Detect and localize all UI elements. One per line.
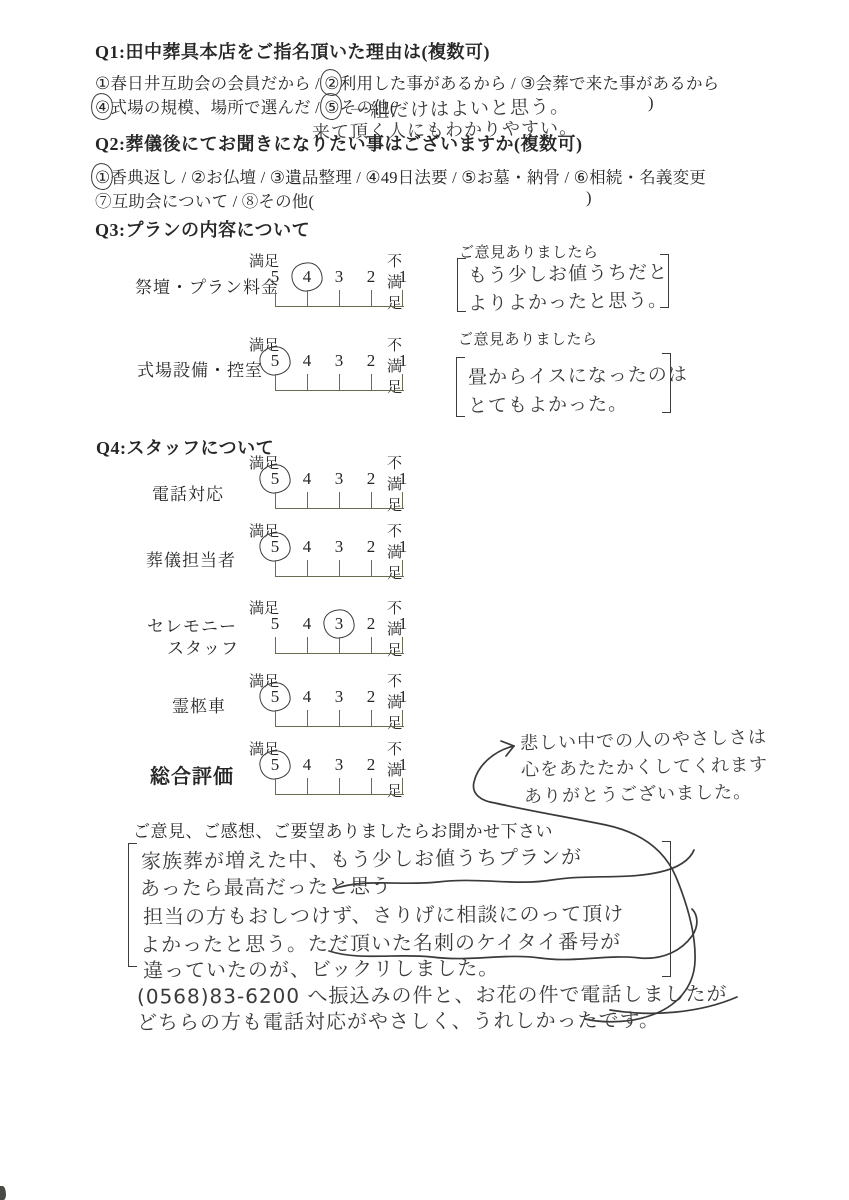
- scale-number-1: 1: [399, 350, 408, 372]
- q3-row2-handwritten-comment-line1: 畳からイスになったのは: [468, 359, 688, 389]
- q1-option-1-number: ①: [95, 74, 110, 94]
- q2-option-4-label: 49日法要 /: [381, 168, 461, 187]
- scale-ruler: [275, 710, 404, 727]
- scale-number-2: 2: [367, 266, 376, 288]
- scale-number-2: 2: [367, 754, 376, 776]
- scale-number-1: 1: [399, 613, 408, 635]
- q3-row-altar-plan-scale: 満足 不満足 5 4 3 2 1: [275, 250, 403, 308]
- q1-option-1: ①春日井互助会の会員だから /: [95, 74, 324, 93]
- q2-option-2-label: お仏壇 /: [206, 168, 270, 187]
- selected-rating-circle: [258, 531, 291, 563]
- q1-option-3: ③会葬で来た事があるから: [520, 74, 719, 93]
- scale-ruler: [275, 778, 404, 795]
- q4-row-director-label: 葬儀担当者: [146, 546, 236, 571]
- q2-options-line1: ①香典返し / ②お仏壇 / ③遺品整理 / ④49日法要 / ⑤お墓・納骨 /…: [95, 164, 706, 188]
- selected-rating-circle: [322, 608, 355, 640]
- q2-heading: Q2:葬儀後にてお聞きになりたい事はございますか(複数可): [95, 130, 582, 156]
- q1-option-5-number: ⑤: [324, 98, 339, 118]
- q3-row1-handwritten-comment-line2: よりよかったと思う。: [468, 285, 668, 315]
- q1-option-3-label: 会葬で来た事があるから: [536, 74, 720, 93]
- feedback-handwritten-line2: あったら最高だったと思う: [140, 870, 392, 902]
- q3-row-altar-plan-label: 祭壇・プラン料金: [135, 273, 279, 298]
- selected-rating-circle: [258, 345, 291, 377]
- scale-number-2: 2: [367, 350, 376, 372]
- q1-option-3-number: ③: [520, 74, 535, 94]
- q3-row2-handwritten-comment-line2: とてもよかった。: [468, 389, 628, 418]
- scan-edge-artifact: [0, 1186, 6, 1200]
- q3-row1-comment-bracket-left: [457, 258, 466, 312]
- selected-rating-circle: [258, 681, 291, 713]
- scale-number-5: 5: [271, 613, 280, 635]
- feedback-heading: ご意見、ご感想、ご要望ありましたらお聞かせ下さい: [133, 817, 553, 842]
- q1-option-4-label: 式場の規模、場所で選んだ /: [110, 98, 324, 117]
- scale-number-4: 4: [303, 350, 312, 372]
- q1-option-4: ④式場の規模、場所で選んだ /: [95, 98, 324, 117]
- q2-option-3: ③遺品整理 /: [270, 168, 366, 187]
- scale-number-2: 2: [367, 613, 376, 635]
- scale-ruler: [275, 637, 404, 654]
- feedback-bracket-left: [128, 843, 137, 967]
- scale-number-2: 2: [367, 536, 376, 558]
- scale-number-1: 1: [399, 468, 408, 490]
- selected-rating-circle: [258, 749, 291, 781]
- q1-option-2-number: ②: [324, 74, 339, 94]
- q4-row-phone-label: 電話対応: [152, 480, 224, 505]
- q4-row-overall-scale: 満足 不満足 5 4 3 2 1: [275, 738, 403, 796]
- q1-heading: Q1:田中葬具本店をご指名頂いた理由は(複数可): [95, 38, 490, 64]
- scale-number-2: 2: [367, 468, 376, 490]
- feedback-handwritten-line7: どちらの方も電話対応がやさしく、うれしかったです。: [137, 1004, 660, 1036]
- q1-option-2: ②利用した事があるから /: [324, 74, 520, 93]
- q1-option-4-number: ④: [95, 98, 110, 118]
- selected-rating-circle: [258, 463, 291, 495]
- q2-option-4-number: ④: [365, 168, 380, 188]
- q4-row-ceremony-staff-scale: 満足 不満足 5 4 3 2 1: [275, 597, 403, 655]
- q4-row-overall-label: 総合評価: [150, 760, 234, 789]
- q4-handwritten-note-line2: 心をあたたかくしてくれます: [521, 750, 768, 781]
- scale-number-4: 4: [303, 613, 312, 635]
- q4-row-hearse-label: 霊柩車: [172, 692, 226, 717]
- scale-number-3: 3: [335, 536, 344, 558]
- scale-number-3: 3: [335, 266, 344, 288]
- q2-other-close-paren: ): [586, 188, 592, 208]
- q2-option-1: ①香典返し /: [95, 168, 191, 187]
- scale-number-1: 1: [399, 536, 408, 558]
- q3-row2-comment-bracket-left: [456, 357, 465, 417]
- scale-number-1: 1: [399, 266, 408, 288]
- scale-ruler: [275, 560, 404, 577]
- q4-row-hearse-scale: 満足 不満足 5 4 3 2 1: [275, 670, 403, 728]
- q4-row-director-scale: 満足 不満足 5 4 3 2 1: [275, 520, 403, 578]
- scale-ruler: [275, 290, 404, 307]
- scale-ruler: [275, 492, 404, 509]
- q2-option-3-number: ③: [270, 168, 285, 188]
- scale-number-5: 5: [271, 266, 280, 288]
- q2-option-1-number: ①: [95, 168, 110, 188]
- feedback-bracket-right: [662, 841, 671, 977]
- selected-rating-circle: [290, 261, 323, 293]
- q1-options-line1: ①春日井互助会の会員だから / ②利用した事があるから / ③会葬で来た事がある…: [95, 70, 719, 94]
- q2-option-2: ②お仏壇 /: [191, 168, 270, 187]
- q2-option-5: ⑤お墓・納骨 /: [461, 168, 573, 187]
- scale-number-1: 1: [399, 686, 408, 708]
- q1-option-1-label: 春日井互助会の会員だから /: [110, 74, 324, 93]
- q3-row-facility-scale: 満足 不満足 5 4 3 2 1: [275, 334, 403, 392]
- q3-row2-comment-header: ご意見ありましたら: [458, 328, 598, 349]
- q2-option-3-label: 遺品整理 /: [285, 168, 365, 187]
- q3-row1-handwritten-comment-line1: もう少しお値うちだと: [468, 257, 668, 287]
- q4-row-ceremony-staff-label-line2: スタッフ: [167, 634, 239, 659]
- q2-option-4: ④49日法要 /: [365, 168, 461, 187]
- scale-number-4: 4: [303, 686, 312, 708]
- survey-scan-page: Q1:田中葬具本店をご指名頂いた理由は(複数可) ①春日井互助会の会員だから /…: [0, 0, 849, 1200]
- scale-number-4: 4: [303, 468, 312, 490]
- scale-number-2: 2: [367, 686, 376, 708]
- scale-number-3: 3: [335, 686, 344, 708]
- q1-option-2-label: 利用した事があるから /: [340, 74, 520, 93]
- scale-number-3: 3: [335, 468, 344, 490]
- scale-number-1: 1: [399, 754, 408, 776]
- q2-option-5-number: ⑤: [461, 168, 476, 188]
- scale-number-4: 4: [303, 754, 312, 776]
- q2-option-2-number: ②: [191, 168, 206, 188]
- scale-number-3: 3: [335, 754, 344, 776]
- q2-options-line2: ⑦互助会について / ⑧その他(: [95, 188, 314, 212]
- q3-row-facility-label: 式場設備・控室: [137, 356, 263, 381]
- arrow-head: [501, 741, 514, 756]
- q2-option-1-label: 香典返し /: [110, 168, 190, 187]
- q1-other-close-paren: ): [648, 93, 654, 113]
- scale-number-4: 4: [303, 536, 312, 558]
- q2-option-6-label: 相続・名義変更: [589, 168, 706, 187]
- q2-option-5-label: お墓・納骨 /: [477, 168, 574, 187]
- q2-option-6-number: ⑥: [574, 168, 589, 188]
- q4-handwritten-note-line3: ありがとうございました。: [524, 778, 752, 809]
- q4-row-phone-scale: 満足 不満足 5 4 3 2 1: [275, 452, 403, 510]
- scale-number-3: 3: [335, 350, 344, 372]
- q2-option-6: ⑥相続・名義変更: [574, 168, 706, 187]
- q4-heading: Q4:スタッフについて: [96, 434, 274, 460]
- scale-ruler: [275, 374, 404, 391]
- q3-heading: Q3:プランの内容について: [95, 216, 310, 242]
